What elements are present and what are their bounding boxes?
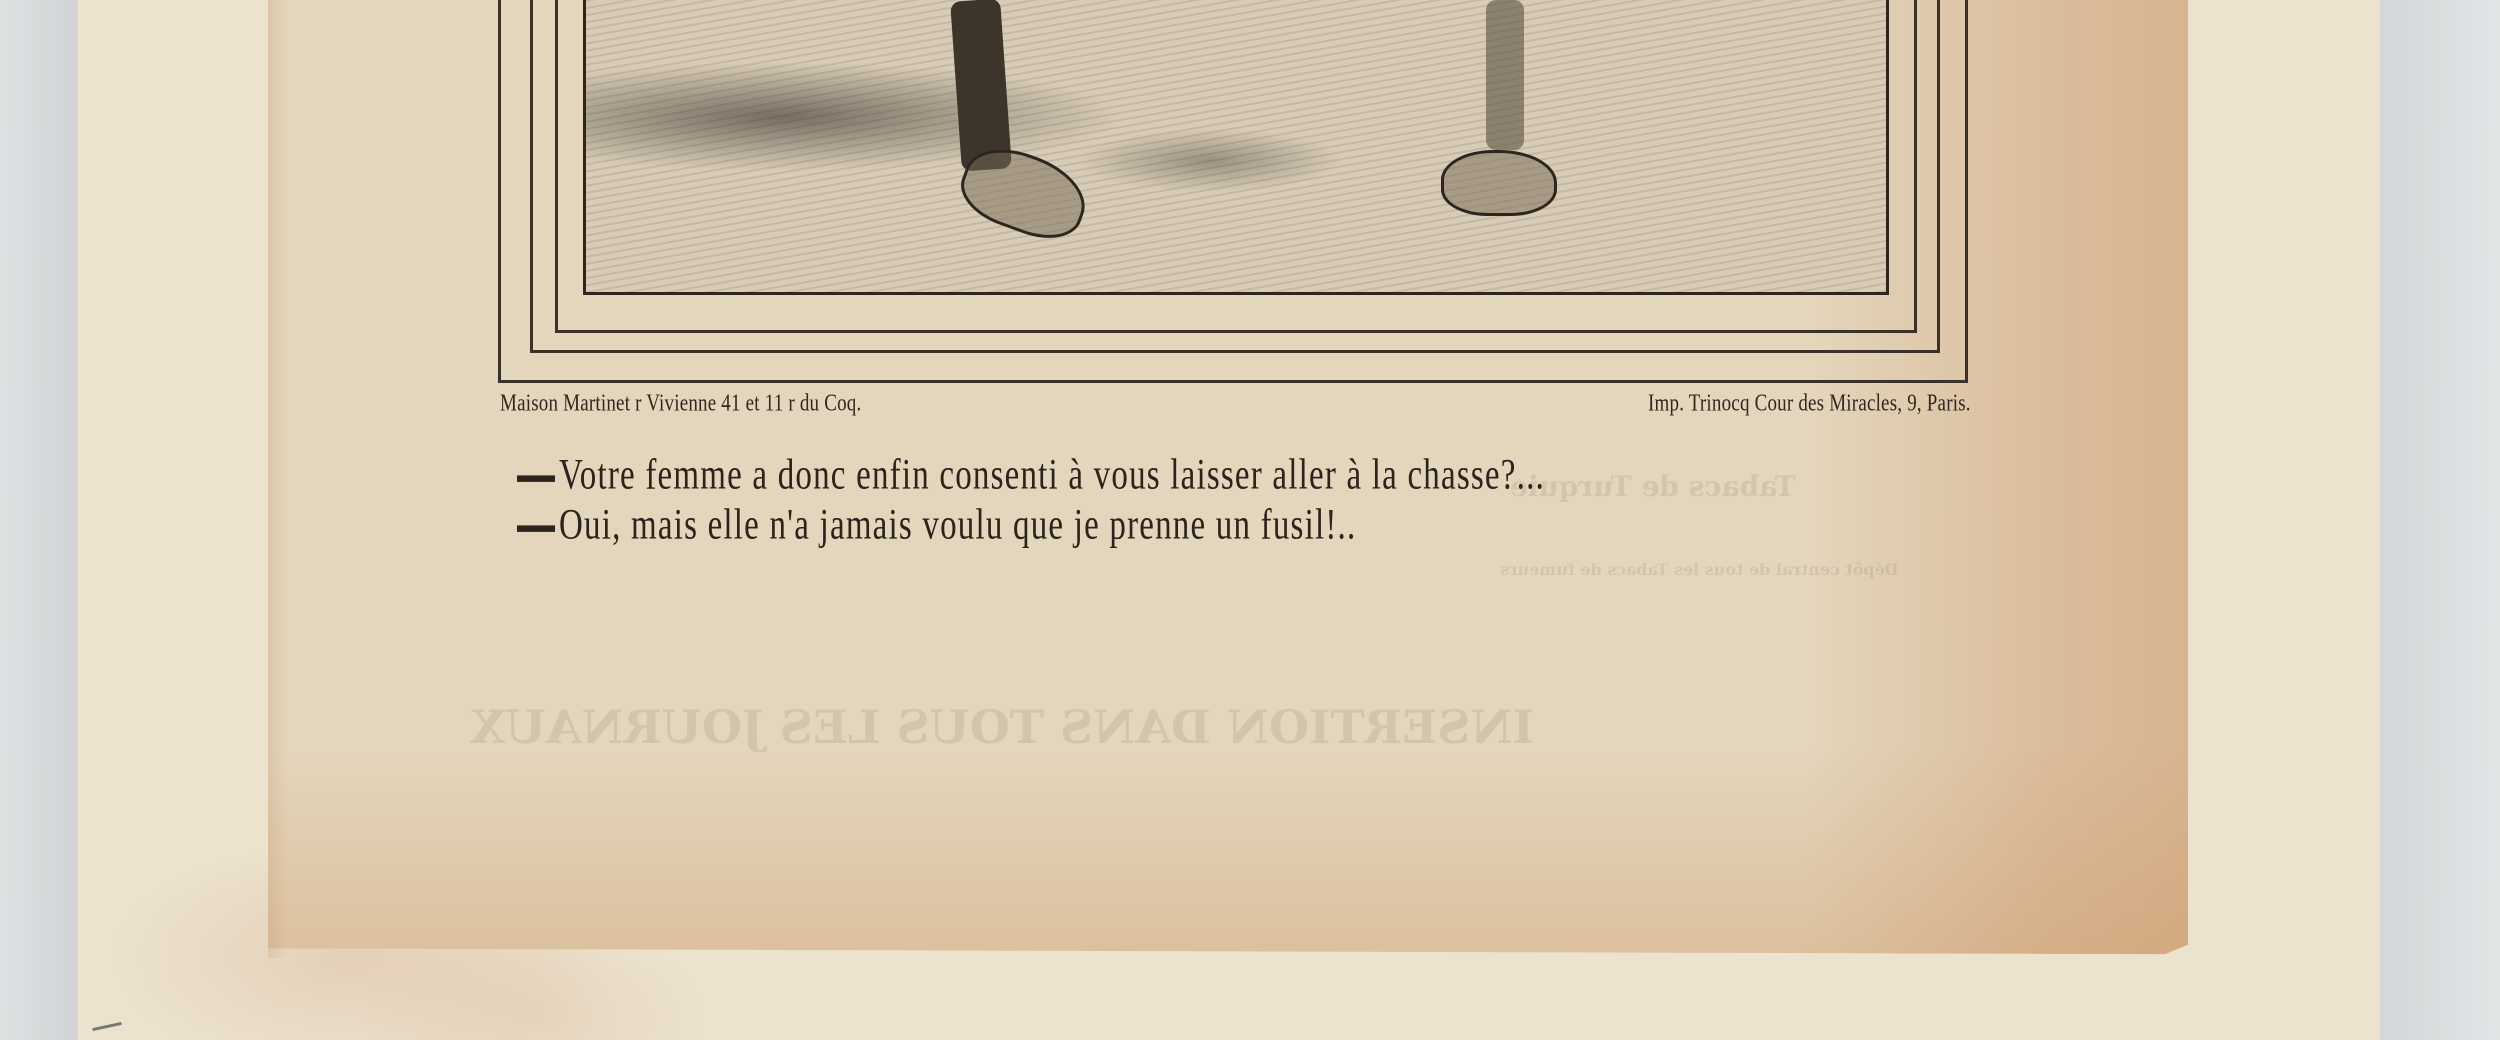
caption-line-2: Oui, mais elle n'a jamais voulu que je p… <box>517 502 1356 550</box>
background-right <box>2380 0 2500 1040</box>
sheet-edge-stain <box>268 0 288 958</box>
printer-imprint: Imp. Trinocq Cour des Miracles, 9, Paris… <box>1648 390 1971 418</box>
dialogue-dash <box>517 525 555 532</box>
caption-text-2: Oui, mais elle n'a jamais voulu que je p… <box>559 502 1356 549</box>
right-shoe <box>1441 150 1557 216</box>
lithograph-drawing <box>583 0 1889 295</box>
right-leg <box>1486 0 1524 150</box>
caption-text-1: Votre femme a donc enfin consenti à vous… <box>559 452 1545 499</box>
left-leg <box>950 0 1012 172</box>
showthrough-headline: INSERTION DANS TOUS LES JOURNAUX <box>470 700 1534 754</box>
caption-line-1: Votre femme a donc enfin consenti à vous… <box>517 452 1545 500</box>
background-left <box>0 0 80 1040</box>
dialogue-dash <box>517 475 555 482</box>
showthrough-line-1: Tabacs de Turquie <box>1510 470 1795 503</box>
showthrough-line-2: Dépôt central de tous les Tabacs de fume… <box>1500 560 1899 579</box>
publisher-imprint: Maison Martinet r Vivienne 41 et 11 r du… <box>500 390 861 418</box>
